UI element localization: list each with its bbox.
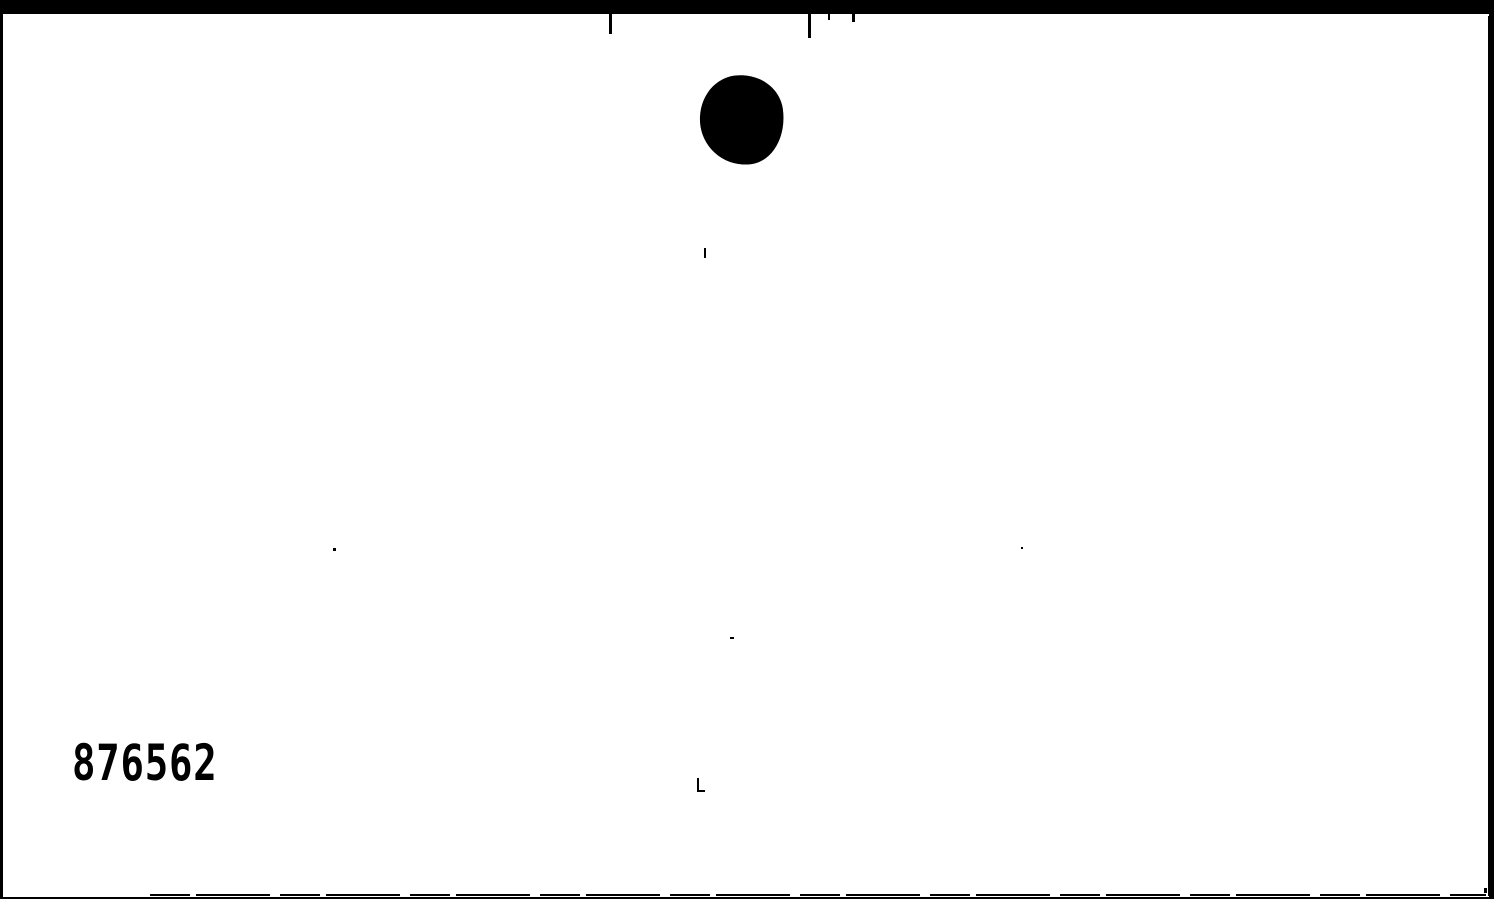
speck bbox=[730, 637, 734, 639]
speck bbox=[697, 778, 705, 792]
scan-artifact bbox=[808, 12, 811, 38]
scan-artifact bbox=[852, 12, 855, 22]
speck bbox=[1021, 547, 1023, 549]
scan-artifact bbox=[609, 10, 612, 34]
speck bbox=[704, 248, 706, 258]
scan-artifact bbox=[828, 12, 830, 20]
speck bbox=[333, 548, 336, 551]
card-bottom-edge bbox=[150, 894, 1486, 896]
card-number: 876562 bbox=[72, 738, 218, 788]
speck bbox=[1484, 888, 1487, 893]
card-edge-shadow bbox=[1488, 16, 1491, 896]
